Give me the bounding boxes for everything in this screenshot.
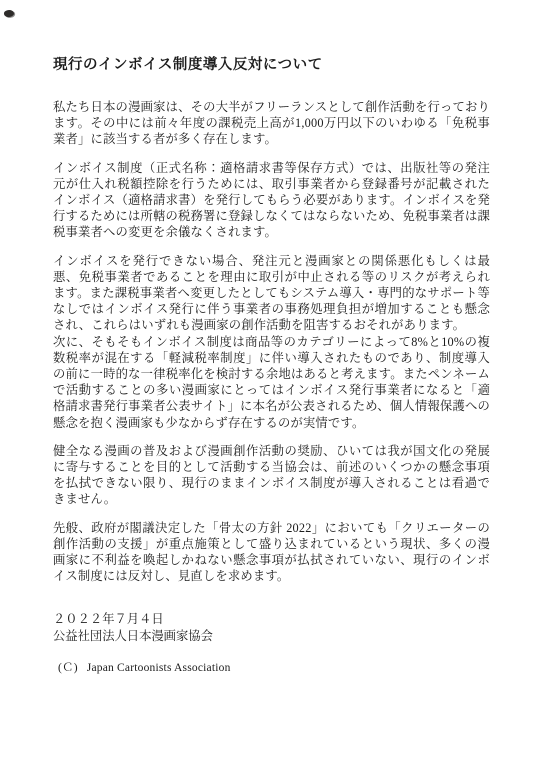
document-content: 現行のインボイス制度導入反対について 私たち日本の漫画家は、その大半がフリーラン… (53, 0, 490, 675)
paragraph-invoice-system-overview: インボイス制度（正式名称：適格請求書等保存方式）では、出版社等の発注元が仕入れ税… (53, 160, 490, 241)
document-title-text: 現行のインボイス制度導入反対について (53, 57, 323, 73)
paragraph-tax-rate-and-privacy: 次に、そもそもインボイス制度は商品等のカテゴリーによって8%と10%の複数税率が… (53, 334, 490, 431)
ink-smudge-artifact (3, 9, 14, 18)
paragraph-risks: インボイスを発行できない場合、発注元と漫画家との関係悪化もしくは最悪、免税事業者… (53, 253, 490, 334)
paragraph-association-position: 健全なる漫画の普及および漫画創作活動の奨励、ひいては我が国文化の発展に寄与するこ… (53, 443, 490, 508)
document-title: 現行のインボイス制度導入反対について (53, 55, 490, 75)
copyright-text: Japan Cartoonists Association (87, 662, 231, 674)
paragraph-conclusion: 先般、政府が閣議決定した「骨太の方針 2022」においても「クリエーターの創作活… (53, 520, 490, 585)
copyright-mark: (Ｃ) (58, 662, 78, 674)
document-date: ２０２２年７月４日 (53, 611, 490, 628)
paragraph-intro: 私たち日本の漫画家は、その大半がフリーランスとして創作活動を行っております。その… (53, 99, 490, 148)
organization-name: 公益社団法人日本漫画家協会 (53, 628, 490, 645)
document-page: 現行のインボイス制度導入反対について 私たち日本の漫画家は、その大半がフリーラン… (0, 0, 540, 764)
signature-block: ２０２２年７月４日 公益社団法人日本漫画家協会 (53, 611, 490, 644)
copyright-line: (Ｃ)Japan Cartoonists Association (53, 659, 490, 675)
